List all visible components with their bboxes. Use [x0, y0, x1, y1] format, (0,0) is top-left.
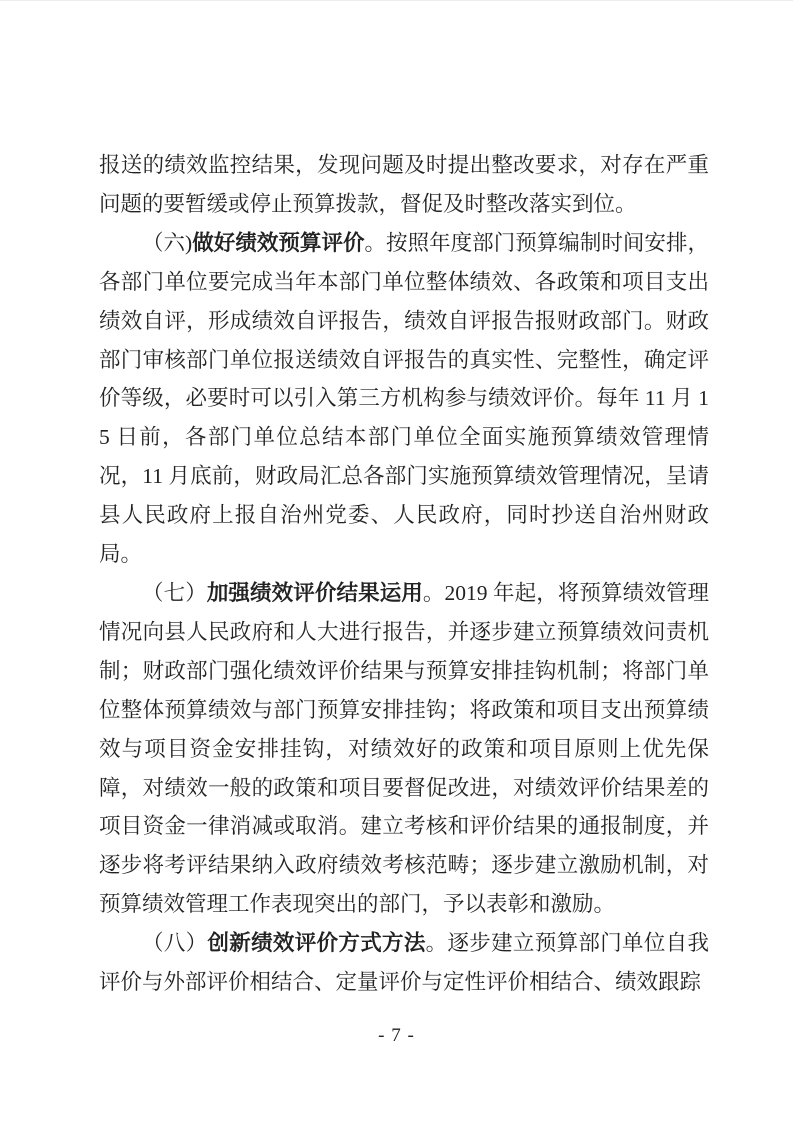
document-body: 报送的绩效监控结果，发现问题及时提出整改要求，对存在严重问题的要暂缓或停止预算拨…: [99, 146, 709, 1002]
page-number: - 7 -: [0, 1025, 793, 1047]
paragraph: （七）加强绩效评价结果运用。2019 年起，将预算绩效管理情况向县人民政府和人大…: [99, 574, 709, 924]
text-run: （七）: [142, 581, 207, 605]
paragraph: 报送的绩效监控结果，发现问题及时提出整改要求，对存在严重问题的要暂缓或停止预算拨…: [99, 146, 709, 224]
section-heading-run: 加强绩效评价结果运用: [207, 581, 423, 605]
paragraph: （六)做好绩效预算评价。按照年度部门预算编制时间安排，各部门单位要完成当年本部门…: [99, 224, 709, 574]
text-run: 。按照年度部门预算编制时间安排，各部门单位要完成当年本部门单位整体绩效、各政策和…: [99, 231, 709, 566]
section-heading-run: 创新绩效评价方式方法: [207, 931, 425, 955]
text-run: （八）: [142, 931, 207, 955]
section-heading-run: 做好绩效预算评价: [192, 231, 364, 255]
text-run: 。2019 年起，将预算绩效管理情况向县人民政府和人大进行报告，并逐步建立预算绩…: [99, 581, 709, 916]
text-run: 报送的绩效监控结果，发现问题及时提出整改要求，对存在严重问题的要暂缓或停止预算拨…: [99, 153, 709, 216]
document-page: 报送的绩效监控结果，发现问题及时提出整改要求，对存在严重问题的要暂缓或停止预算拨…: [0, 0, 793, 1122]
paragraph: （八）创新绩效评价方式方法。逐步建立预算部门单位自我评价与外部评价相结合、定量评…: [99, 924, 709, 1002]
text-run: （六): [142, 231, 192, 255]
